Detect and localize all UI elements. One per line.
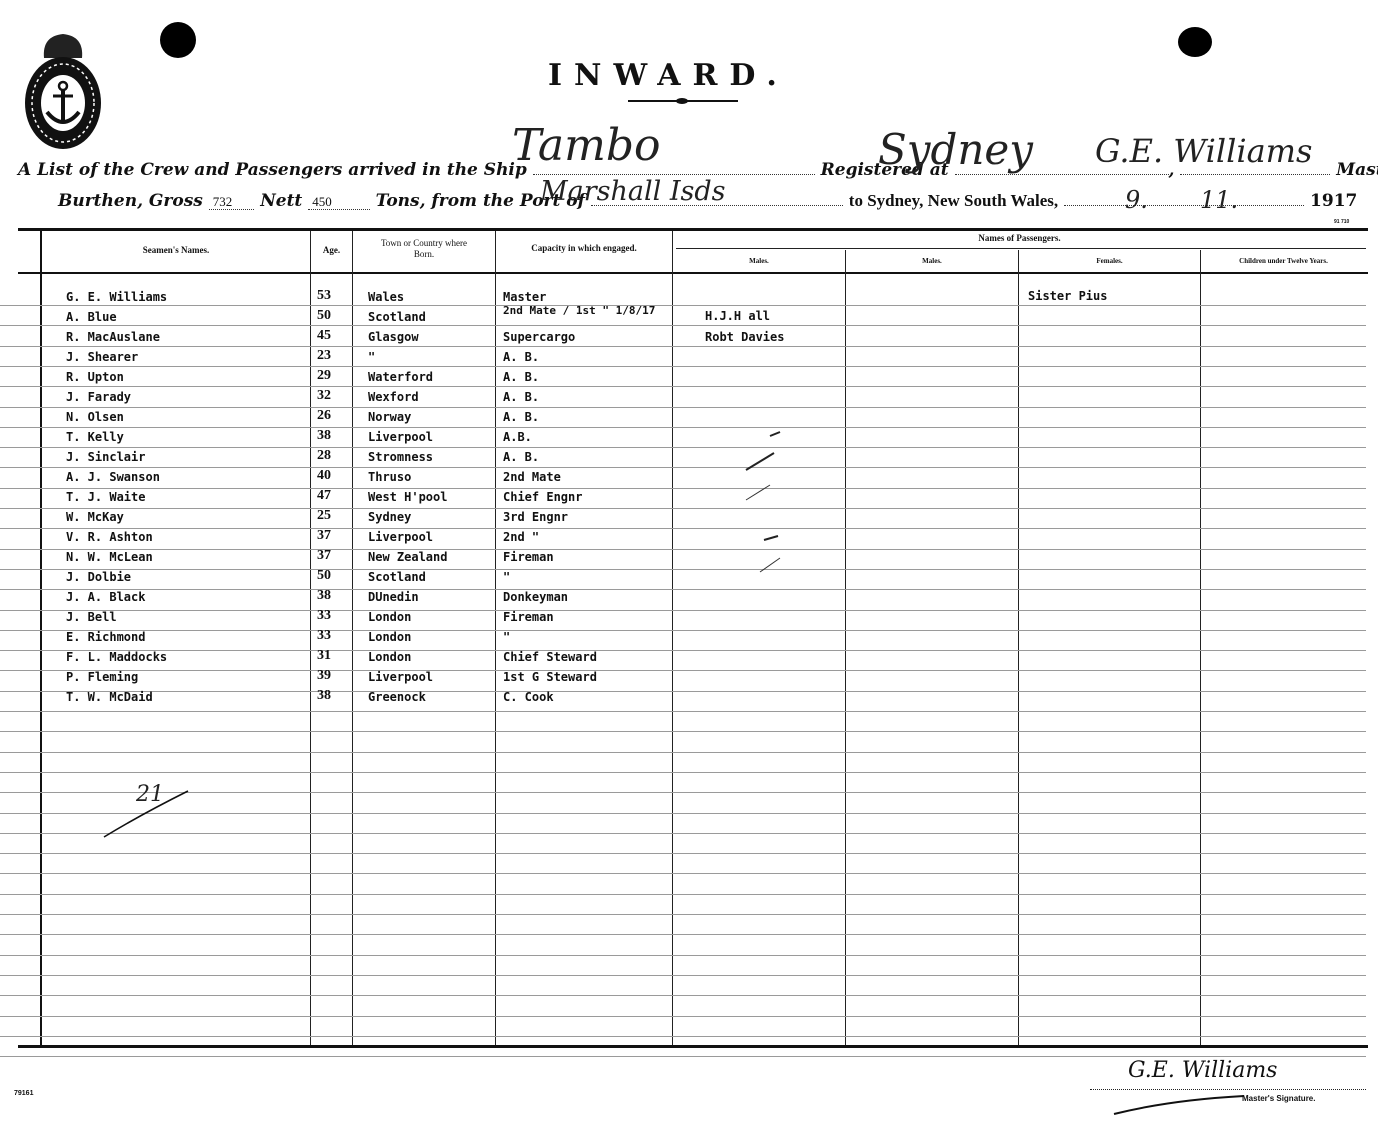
col-header-females: Females. bbox=[1019, 256, 1200, 267]
ruled-line bbox=[0, 630, 1366, 631]
crew-name: G. E. Williams bbox=[66, 290, 167, 304]
crew-birthplace: Norway bbox=[368, 410, 411, 424]
form-number: 91 710 bbox=[1334, 219, 1349, 225]
signature-line bbox=[1090, 1089, 1366, 1090]
crew-birthplace: Wales bbox=[368, 290, 404, 304]
crew-name: R. MacAuslane bbox=[66, 330, 160, 344]
ruled-line bbox=[0, 488, 1366, 489]
crew-name: N. W. McLean bbox=[66, 550, 153, 564]
ship-name-handwritten: Tambo bbox=[512, 120, 661, 171]
crew-age: 33 bbox=[317, 628, 331, 644]
ruled-line bbox=[0, 528, 1366, 529]
crew-birthplace: Liverpool bbox=[368, 530, 433, 544]
crew-capacity: 2nd " bbox=[503, 530, 539, 544]
crew-name: W. McKay bbox=[66, 510, 124, 524]
crew-birthplace: London bbox=[368, 630, 411, 644]
crew-capacity: Chief Engnr bbox=[503, 490, 582, 504]
crew-capacity: 2nd Mate / 1st " 1/8/17 bbox=[503, 304, 655, 317]
crew-birthplace: London bbox=[368, 610, 411, 624]
crew-birthplace: DUnedin bbox=[368, 590, 419, 604]
crew-age: 39 bbox=[317, 668, 331, 684]
ruled-line bbox=[0, 894, 1366, 895]
ruled-line bbox=[0, 1056, 1366, 1057]
col-header-seamen-names: Seamen's Names. bbox=[42, 245, 310, 256]
ruled-line bbox=[0, 955, 1366, 956]
crew-capacity: A.B. bbox=[503, 430, 532, 444]
crew-capacity: C. Cook bbox=[503, 690, 554, 704]
ruled-line bbox=[0, 731, 1366, 732]
crew-age: 25 bbox=[317, 508, 331, 524]
passenger-male: Robt Davies bbox=[705, 330, 784, 344]
crew-age: 38 bbox=[317, 428, 331, 444]
ruled-line bbox=[0, 508, 1366, 509]
crew-capacity: Fireman bbox=[503, 610, 554, 624]
crew-capacity: A. B. bbox=[503, 370, 539, 384]
ruled-line bbox=[0, 873, 1366, 874]
crew-age: 38 bbox=[317, 588, 331, 604]
crew-name: A. J. Swanson bbox=[66, 470, 160, 484]
form-title: INWARD. bbox=[548, 58, 789, 93]
passenger-female: Sister Pius bbox=[1028, 289, 1107, 303]
date-day-handwritten: 9. bbox=[1125, 186, 1148, 214]
ruled-line bbox=[0, 407, 1366, 408]
column-divider-age bbox=[310, 231, 311, 1046]
ruled-line bbox=[0, 934, 1366, 935]
ruled-line bbox=[0, 305, 1366, 306]
crew-age: 45 bbox=[317, 328, 331, 344]
crew-age: 29 bbox=[317, 368, 331, 384]
crew-birthplace: Thruso bbox=[368, 470, 411, 484]
ruled-line bbox=[0, 325, 1366, 326]
ruled-line bbox=[0, 1036, 1366, 1037]
date-field bbox=[1064, 191, 1304, 206]
crew-age: 53 bbox=[317, 288, 331, 304]
margin-slash-mark bbox=[100, 785, 195, 840]
crew-age: 26 bbox=[317, 408, 331, 424]
crew-birthplace: " bbox=[368, 350, 375, 364]
ruled-line bbox=[0, 427, 1366, 428]
ruled-line bbox=[0, 711, 1366, 712]
crew-name: R. Upton bbox=[66, 370, 124, 384]
master-label: Master, bbox=[1336, 160, 1378, 180]
crew-name: T. Kelly bbox=[66, 430, 124, 444]
crew-age: 50 bbox=[317, 568, 331, 584]
crew-birthplace: Wexford bbox=[368, 390, 419, 404]
crew-capacity: A. B. bbox=[503, 390, 539, 404]
col-header-males: Males. bbox=[673, 256, 845, 267]
crew-name: J. Bell bbox=[66, 610, 117, 624]
crew-birthplace: Liverpool bbox=[368, 430, 433, 444]
ruled-line bbox=[0, 833, 1366, 834]
column-divider-born bbox=[352, 231, 353, 1046]
gross-tons-value: 732 bbox=[209, 194, 255, 210]
punch-hole-left bbox=[160, 22, 196, 58]
crew-name: A. Blue bbox=[66, 310, 117, 324]
crew-capacity: " bbox=[503, 630, 510, 644]
punch-hole-right bbox=[1178, 27, 1212, 57]
crew-name: J. A. Black bbox=[66, 590, 145, 604]
crew-birthplace: Waterford bbox=[368, 370, 433, 384]
crew-age: 31 bbox=[317, 648, 331, 664]
anchor-crest-icon bbox=[22, 28, 104, 150]
crew-birthplace: Liverpool bbox=[368, 670, 433, 684]
crew-name: T. J. Waite bbox=[66, 490, 145, 504]
crew-age: 40 bbox=[317, 468, 331, 484]
ruled-line bbox=[0, 467, 1366, 468]
col-header-passengers-group: Names of Passengers. bbox=[673, 233, 1366, 244]
table-top-border bbox=[18, 228, 1368, 231]
from-port-handwritten: Marshall Isds bbox=[540, 176, 726, 207]
registered-port-handwritten: Sydney bbox=[878, 125, 1033, 174]
crew-age: 47 bbox=[317, 488, 331, 504]
col-header-age: Age. bbox=[311, 245, 352, 256]
ruled-line bbox=[0, 772, 1366, 773]
ruled-line bbox=[0, 610, 1366, 611]
column-divider-children bbox=[1200, 250, 1201, 1046]
passengers-subheader-rule bbox=[676, 248, 1366, 249]
column-divider-left-margin bbox=[40, 231, 42, 1046]
crew-birthplace: London bbox=[368, 650, 411, 664]
date-year-value: 1917 bbox=[1310, 191, 1357, 211]
crew-name: J. Farady bbox=[66, 390, 131, 404]
crew-age: 23 bbox=[317, 348, 331, 364]
ruled-line bbox=[0, 853, 1366, 854]
crew-birthplace: Sydney bbox=[368, 510, 411, 524]
crew-capacity: Chief Steward bbox=[503, 650, 597, 664]
crew-capacity: 3rd Engnr bbox=[503, 510, 568, 524]
burthen-gross-label: Burthen, Gross bbox=[58, 191, 203, 211]
crew-birthplace: Scotland bbox=[368, 310, 426, 324]
master-signature-label: Master's Signature. bbox=[1242, 1094, 1315, 1103]
ruled-line bbox=[0, 975, 1366, 976]
ruled-line bbox=[0, 569, 1366, 570]
ruled-line bbox=[0, 813, 1366, 814]
crew-age: 32 bbox=[317, 388, 331, 404]
crew-capacity: 2nd Mate bbox=[503, 470, 561, 484]
crew-capacity: A. B. bbox=[503, 410, 539, 424]
ruled-line bbox=[0, 447, 1366, 448]
print-number: 79161 bbox=[14, 1090, 33, 1097]
crew-capacity: Supercargo bbox=[503, 330, 575, 344]
ruled-line bbox=[0, 549, 1366, 550]
crew-age: 38 bbox=[317, 688, 331, 704]
ruled-line bbox=[0, 752, 1366, 753]
ruled-line bbox=[0, 995, 1366, 996]
crew-age: 37 bbox=[317, 548, 331, 564]
crew-name: T. W. McDaid bbox=[66, 690, 153, 704]
column-divider-passengers bbox=[672, 231, 673, 1046]
crew-birthplace: Greenock bbox=[368, 690, 426, 704]
table-bottom-border bbox=[18, 1045, 1368, 1048]
col-header-children: Children under Twelve Years. bbox=[1201, 256, 1366, 267]
crew-capacity: Fireman bbox=[503, 550, 554, 564]
crew-name: N. Olsen bbox=[66, 410, 124, 424]
crew-name: J. Shearer bbox=[66, 350, 138, 364]
crew-capacity: A. B. bbox=[503, 350, 539, 364]
nett-tons-value: 450 bbox=[308, 194, 370, 210]
crew-age: 33 bbox=[317, 608, 331, 624]
ruled-line bbox=[0, 346, 1366, 347]
signature-flourish bbox=[1110, 1092, 1250, 1118]
crew-capacity: " bbox=[503, 570, 510, 584]
column-divider-capacity bbox=[495, 231, 496, 1046]
column-divider-males-2 bbox=[845, 250, 846, 1046]
table-header-bottom-border bbox=[18, 272, 1368, 274]
passenger-male: H.J.H all bbox=[705, 309, 770, 323]
crew-name: J. Dolbie bbox=[66, 570, 131, 584]
ruled-line bbox=[0, 589, 1366, 590]
ruled-line bbox=[0, 650, 1366, 651]
crew-name: P. Fleming bbox=[66, 670, 138, 684]
nett-label: Nett bbox=[260, 191, 302, 211]
tick-marks bbox=[740, 420, 810, 580]
crew-age: 50 bbox=[317, 308, 331, 324]
col-header-town-born: Town or Country where Born. bbox=[370, 238, 478, 260]
crew-name: V. R. Ashton bbox=[66, 530, 153, 544]
ruled-line bbox=[0, 1016, 1366, 1017]
crew-age: 28 bbox=[317, 448, 331, 464]
crew-name: E. Richmond bbox=[66, 630, 145, 644]
crew-capacity: Master bbox=[503, 290, 546, 304]
ruled-line bbox=[0, 670, 1366, 671]
ruled-line bbox=[0, 366, 1366, 367]
crew-capacity: Donkeyman bbox=[503, 590, 568, 604]
crew-capacity: A. B. bbox=[503, 450, 539, 464]
ruled-line bbox=[0, 914, 1366, 915]
crew-birthplace: West H'pool bbox=[368, 490, 447, 504]
ruled-line bbox=[0, 386, 1366, 387]
to-sydney-label: to Sydney, New South Wales, bbox=[849, 191, 1058, 210]
col-header-males-2: Males. bbox=[846, 256, 1018, 267]
master-signature-handwritten: G.E. Williams bbox=[1128, 1058, 1277, 1083]
crew-name: J. Sinclair bbox=[66, 450, 145, 464]
list-heading-text: A List of the Crew and Passengers arrive… bbox=[18, 160, 527, 180]
crew-age: 37 bbox=[317, 528, 331, 544]
crew-birthplace: Stromness bbox=[368, 450, 433, 464]
crew-capacity: 1st G Steward bbox=[503, 670, 597, 684]
title-ornament-dot bbox=[676, 98, 688, 104]
ruled-line bbox=[0, 691, 1366, 692]
crew-birthplace: New Zealand bbox=[368, 550, 447, 564]
col-header-capacity: Capacity in which engaged. bbox=[496, 243, 672, 254]
master-name-handwritten: G.E. Williams bbox=[1095, 132, 1312, 170]
ruled-line bbox=[0, 792, 1366, 793]
crew-birthplace: Scotland bbox=[368, 570, 426, 584]
date-month-handwritten: 11. bbox=[1200, 186, 1238, 214]
column-divider-females bbox=[1018, 250, 1019, 1046]
crew-birthplace: Glasgow bbox=[368, 330, 419, 344]
crew-name: F. L. Maddocks bbox=[66, 650, 167, 664]
